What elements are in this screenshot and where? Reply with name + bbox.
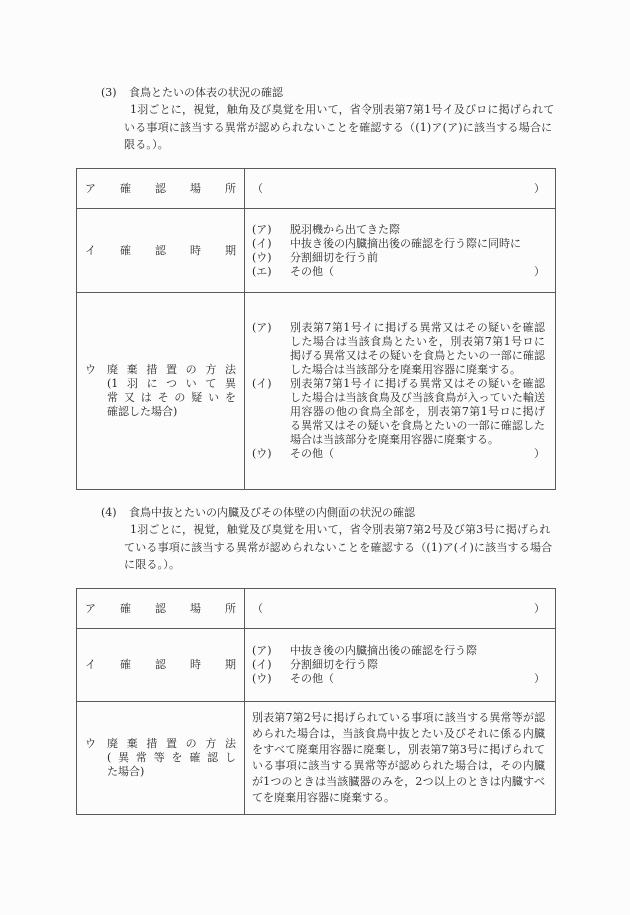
location-field[interactable]: （ ） — [245, 589, 556, 629]
timing-options: (ア) 中抜き後の内臓摘出後の確認を行う際 (イ) 分割細切を行う際 (ウ) そ… — [245, 629, 556, 702]
label-disposal: ウ 廃棄措置の方法 (1羽について異 常又はその疑いを 確認した場合) — [77, 293, 245, 490]
section-3: (3) 食鳥とたいの体表の状況の確認 1羽ごとに，視覚，触角及び臭覚を用いて，省… — [100, 84, 560, 154]
section-4-table: ア 確 認 場 所 （ ） イ 確 認 時 期 (ア — [76, 588, 556, 815]
disposal-option-a: (ア) 別表第7第1号イに掲げる異常又はその疑いを確認した場合は当該食鳥とたいを… — [252, 321, 545, 377]
section-3-number: (3) — [101, 84, 117, 101]
section-3-title: 食鳥とたいの体表の状況の確認 — [129, 84, 283, 101]
section-3-paragraph: 1羽ごとに，視覚，触角及び臭覚を用いて，省令別表第7第1号イ及びロに掲げられてい… — [124, 101, 556, 154]
timing-option-b: (イ) 中抜き後の内臓摘出後の確認を行う際に同時に — [252, 237, 545, 251]
timing-option-a: (ア) 中抜き後の内臓摘出後の確認を行う際 — [252, 644, 545, 658]
timing-option-other[interactable]: (ウ) その他（） — [252, 672, 545, 686]
row-disposal: ウ 廃棄措置の方法 (異常等を確認し た場合) 別表第7第2号に掲げられている事… — [77, 702, 556, 815]
timing-option-c: (ウ) 分割細切を行う前 — [252, 251, 545, 265]
timing-options: (ア) 脱羽機から出てきた際 (イ) 中抜き後の内臓摘出後の確認を行う際に同時に… — [245, 209, 556, 293]
label-timing: イ 確 認 時 期 — [77, 209, 245, 293]
disposal-description: 別表第7第2号に掲げられている事項に該当する異常等が認められた場合は，当該食鳥中… — [245, 702, 556, 815]
label-location: ア 確 認 場 所 — [77, 589, 245, 629]
timing-option-other[interactable]: (エ) その他（） — [252, 265, 545, 279]
location-field[interactable]: （ ） — [245, 169, 556, 209]
section-4-paragraph: 1羽ごとに，視覚，触覚及び臭覚を用いて，省令別表第7第2号及び第3号に掲げられて… — [124, 521, 556, 574]
section-4-number: (4) — [101, 504, 117, 521]
row-location: ア 確 認 場 所 （ ） — [77, 169, 556, 209]
label-disposal: ウ 廃棄措置の方法 (異常等を確認し た場合) — [77, 702, 245, 815]
timing-option-b: (イ) 分割細切を行う際 — [252, 658, 545, 672]
row-timing: イ 確 認 時 期 (ア) 脱羽機から出てきた際 (イ) 中抜き後の内臓摘出後の… — [77, 209, 556, 293]
row-location: ア 確 認 場 所 （ ） — [77, 589, 556, 629]
section-4: (4) 食鳥中抜とたいの内臓及びその体壁の内側面の状況の確認 1羽ごとに，視覚，… — [100, 504, 560, 574]
row-timing: イ 確 認 時 期 (ア) 中抜き後の内臓摘出後の確認を行う際 (イ) 分割細切… — [77, 629, 556, 702]
section-3-table: ア 確 認 場 所 （ ） イ 確 認 時 期 (ア — [76, 168, 556, 490]
section-4-title: 食鳥中抜とたいの内臓及びその体壁の内側面の状況の確認 — [129, 504, 415, 521]
section-4-heading: (4) 食鳥中抜とたいの内臓及びその体壁の内側面の状況の確認 — [100, 504, 560, 521]
label-timing: イ 確 認 時 期 — [77, 629, 245, 702]
timing-option-a: (ア) 脱羽機から出てきた際 — [252, 223, 545, 237]
row-disposal: ウ 廃棄措置の方法 (1羽について異 常又はその疑いを 確認した場合) (ア) … — [77, 293, 556, 490]
disposal-option-other[interactable]: (ウ) その他（） — [252, 447, 545, 461]
section-3-heading: (3) 食鳥とたいの体表の状況の確認 — [100, 84, 560, 101]
label-location: ア 確 認 場 所 — [77, 169, 245, 209]
disposal-option-b: (イ) 別表第7第1号イに掲げる異常又はその疑いを確認した場合は当該食鳥及び当該… — [252, 377, 545, 447]
disposal-options: (ア) 別表第7第1号イに掲げる異常又はその疑いを確認した場合は当該食鳥とたいを… — [245, 293, 556, 490]
